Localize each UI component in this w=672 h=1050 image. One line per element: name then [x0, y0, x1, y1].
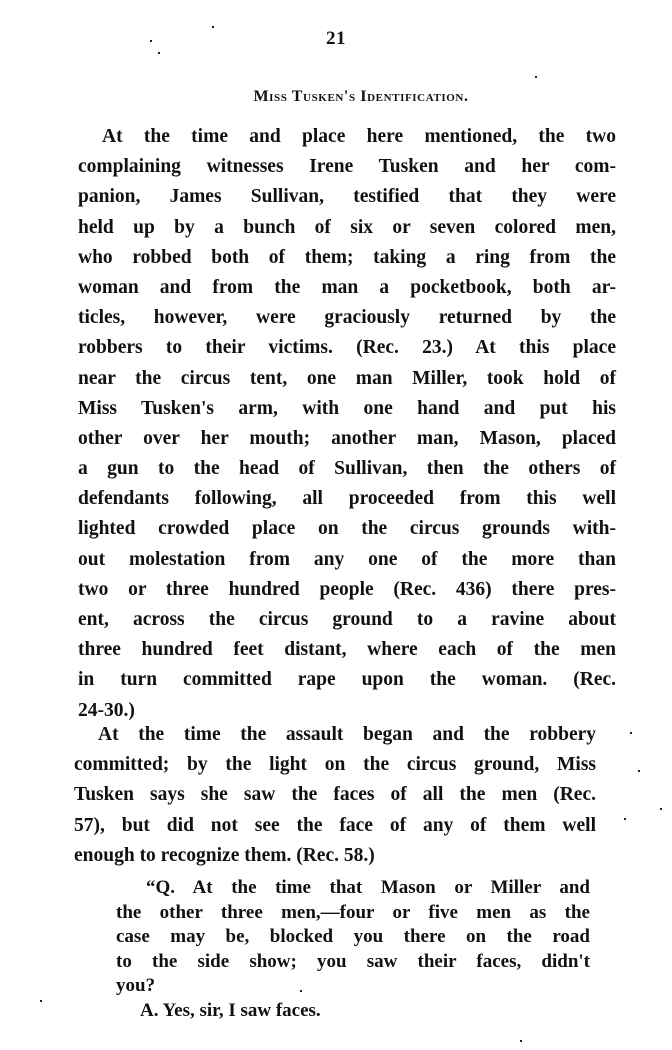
scan-speck: [638, 770, 640, 772]
text-line: enough to recognize them. (Rec. 58.): [74, 841, 596, 871]
scan-speck: [300, 990, 302, 992]
paragraph-2: At the time the assault began and the ro…: [74, 720, 596, 871]
paragraph-1: At the time and place here mentioned, th…: [78, 122, 616, 726]
text-line: out molestation from any one of the more…: [78, 545, 616, 575]
text-line: other over her mouth; another man, Mason…: [78, 424, 616, 454]
scan-speck: [212, 26, 214, 28]
text-line: committed; by the light on the circus gr…: [74, 750, 596, 780]
text-line: robbers to their victims. (Rec. 23.) At …: [78, 333, 616, 363]
text-line: panion, James Sullivan, testified that t…: [78, 182, 616, 212]
text-line: At the time the assault began and the ro…: [74, 720, 596, 750]
text-line: lighted crowded place on the circus grou…: [78, 514, 616, 544]
scan-speck: [150, 40, 152, 42]
scan-speck: [660, 808, 662, 810]
text-line: Miss Tusken's arm, with one hand and put…: [78, 394, 616, 424]
scan-speck: [535, 76, 537, 78]
text-line: a gun to the head of Sullivan, then the …: [78, 454, 616, 484]
text-line: complaining witnesses Irene Tusken and h…: [78, 152, 616, 182]
testimony-quote: “Q. At the time that Mason or Miller and…: [116, 876, 590, 1023]
scan-speck: [624, 818, 626, 820]
scan-speck: [40, 1000, 42, 1002]
scan-speck: [158, 52, 160, 54]
question-line: “Q. At the time that Mason or Miller and: [116, 876, 590, 901]
question-line: the other three men,—four or five men as…: [116, 901, 590, 926]
text-line: Tusken says she saw the faces of all the…: [74, 780, 596, 810]
text-line: At the time and place here mentioned, th…: [78, 122, 616, 152]
question-line: you?: [116, 974, 590, 999]
text-line: three hundred feet distant, where each o…: [78, 635, 616, 665]
text-line: 57), but did not see the face of any of …: [74, 811, 596, 841]
question-line: to the side show; you saw their faces, d…: [116, 950, 590, 975]
text-line: held up by a bunch of six or seven color…: [78, 213, 616, 243]
text-line: near the circus tent, one man Miller, to…: [78, 364, 616, 394]
text-line: two or three hundred people (Rec. 436) t…: [78, 575, 616, 605]
scan-speck: [630, 732, 632, 734]
answer-line: A. Yes, sir, I saw faces.: [116, 999, 590, 1024]
text-line: in turn committed rape upon the woman. (…: [78, 665, 616, 695]
document-page: 21 Miss Tusken's Identification. At the …: [0, 0, 672, 1050]
text-line: woman and from the man a pocketbook, bot…: [78, 273, 616, 303]
text-line: defendants following, all proceeded from…: [78, 484, 616, 514]
text-line: ent, across the circus ground to a ravin…: [78, 605, 616, 635]
page-number: 21: [0, 28, 672, 50]
text-line: who robbed both of them; taking a ring f…: [78, 243, 616, 273]
text-line: ticles, however, were graciously returne…: [78, 303, 616, 333]
scan-speck: [520, 1040, 522, 1042]
question-line: case may be, blocked you there on the ro…: [116, 925, 590, 950]
section-heading: Miss Tusken's Identification.: [0, 88, 672, 106]
